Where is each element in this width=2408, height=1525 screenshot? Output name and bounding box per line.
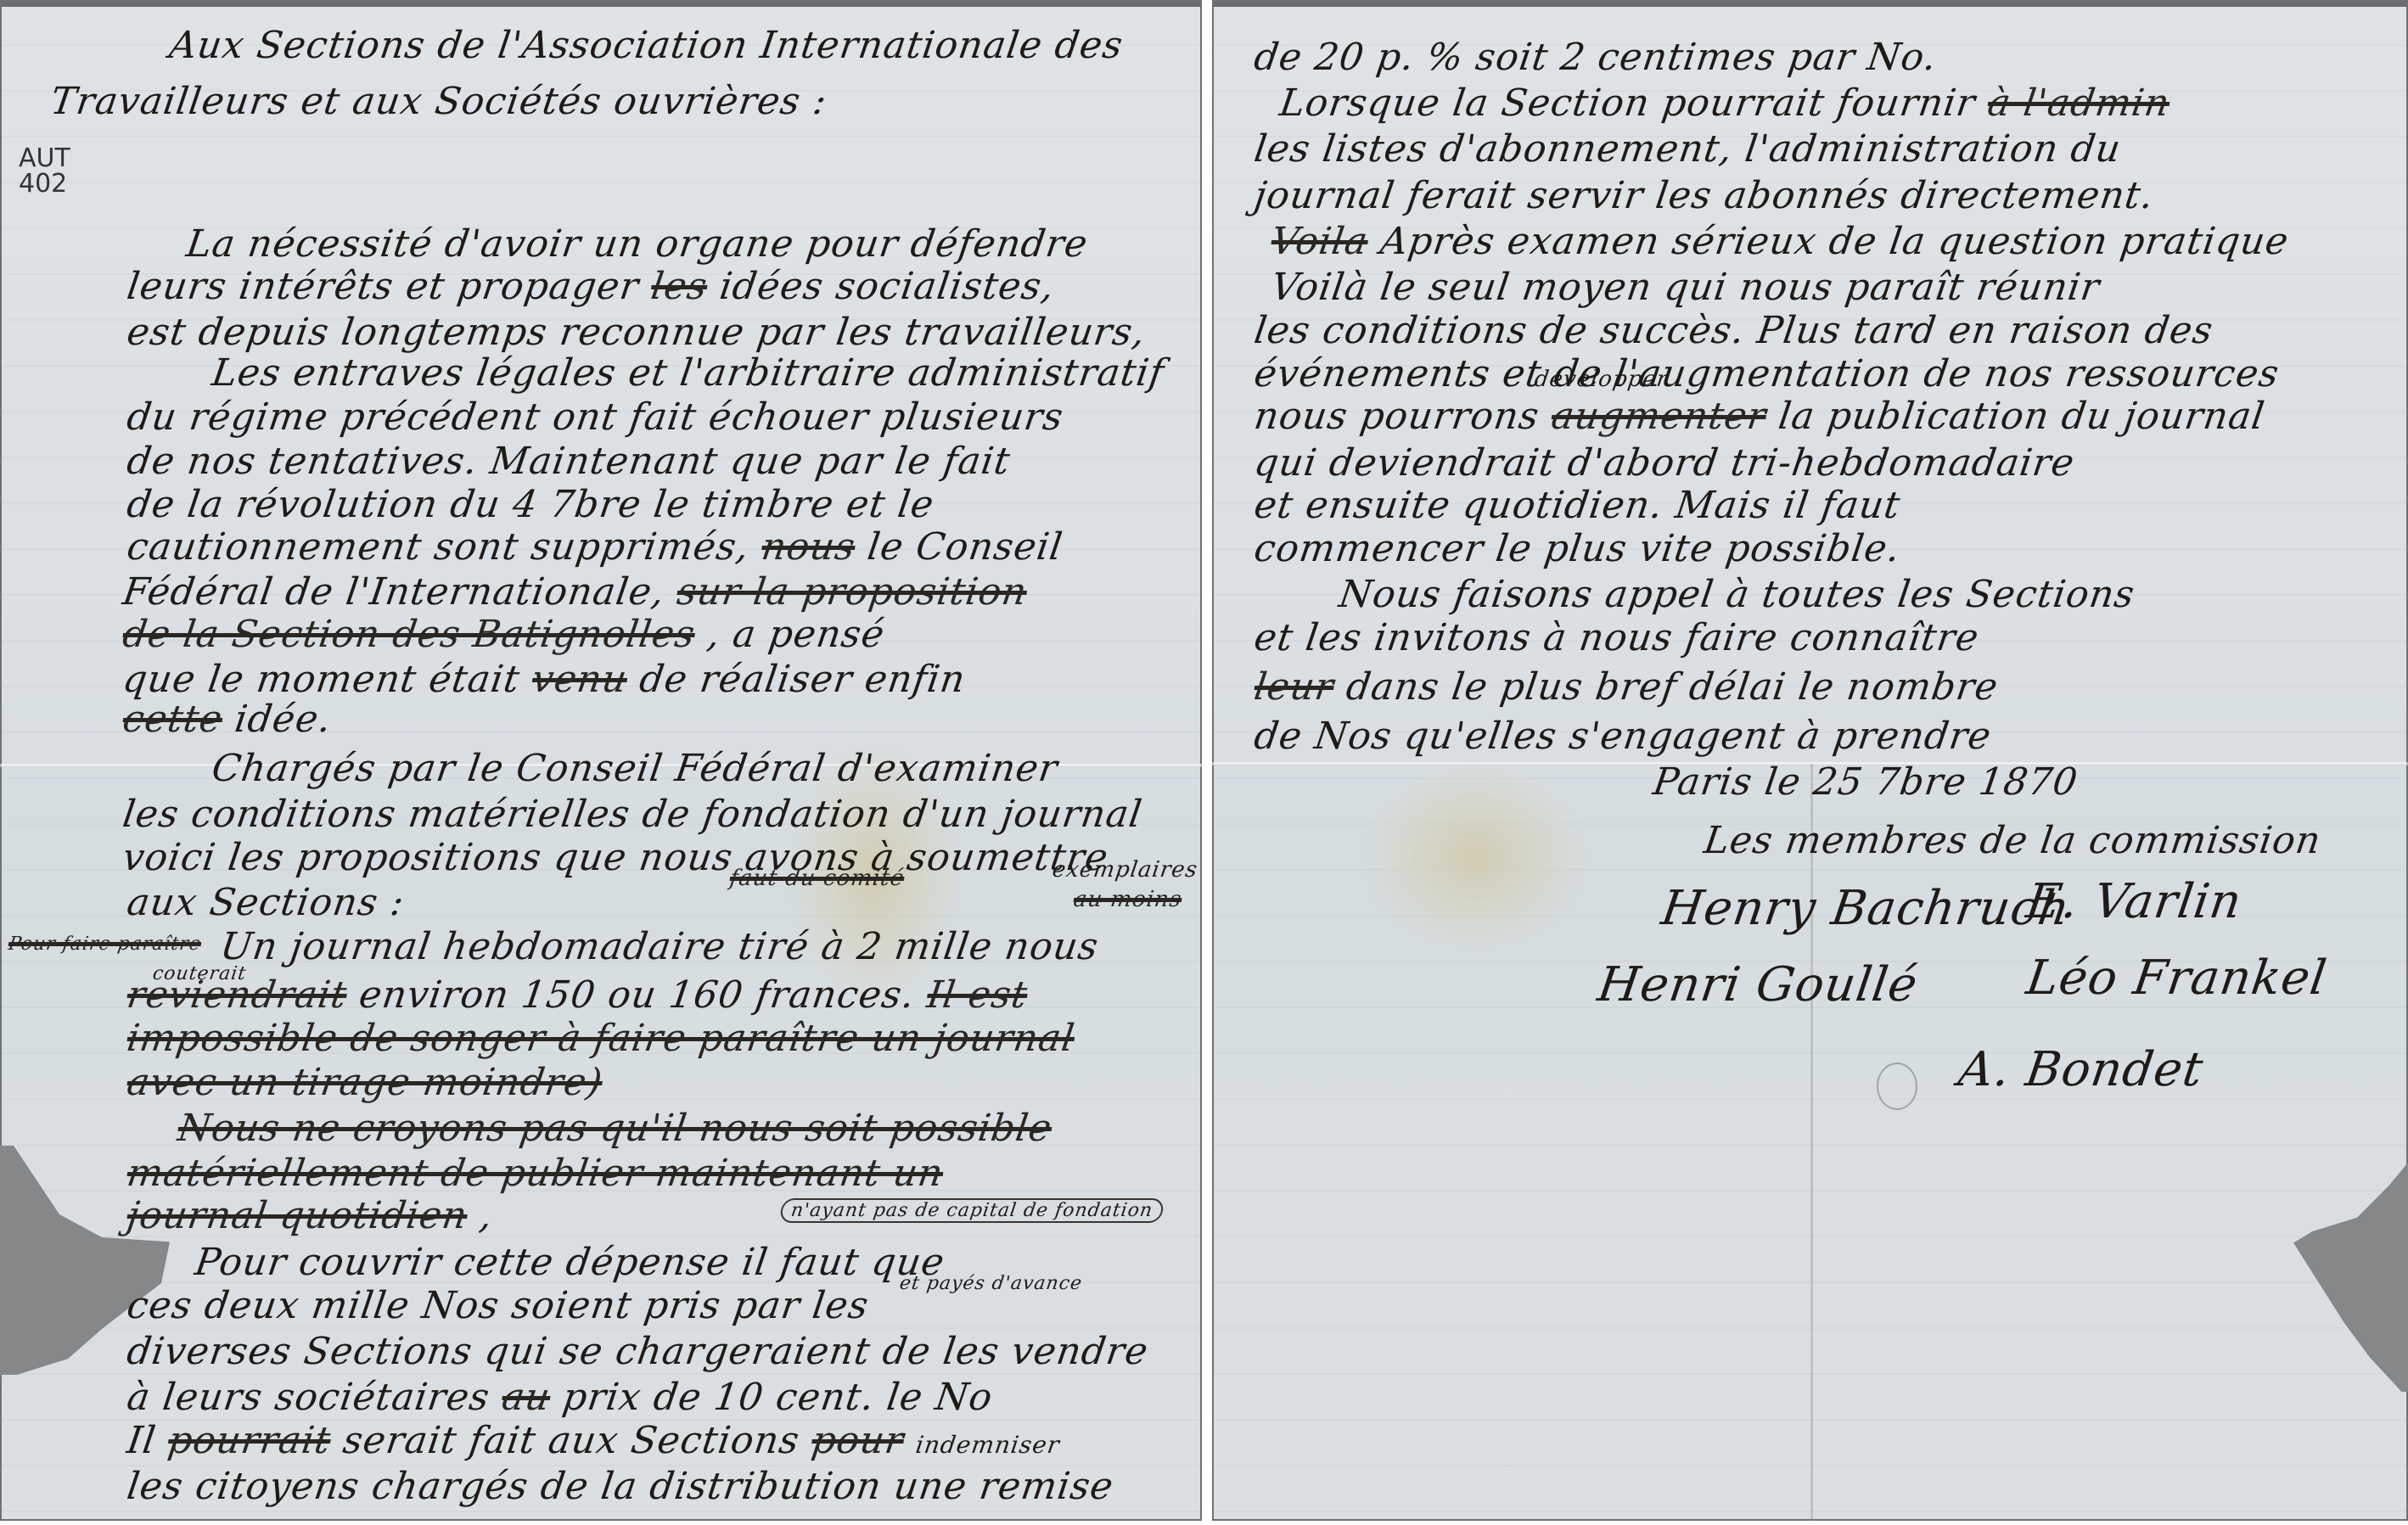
text-line: voici les propositions que nous avons à … bbox=[120, 836, 1111, 879]
text-line: diverses Sections qui se chargeraient de… bbox=[124, 1330, 1151, 1373]
deleted-text: au moins bbox=[1072, 887, 1183, 912]
signature: Léo Frankel bbox=[2023, 950, 2330, 1006]
text: Un journal hebdomadaire tiré à 2 mille bbox=[217, 925, 995, 968]
text: le Conseil bbox=[865, 525, 1066, 569]
text-line: Nous faisons appel à toutes les Sections bbox=[1336, 573, 2137, 616]
text-line: matériellement de publier maintenant un bbox=[124, 1152, 946, 1195]
text-line: nous pourrons augmenter la publication d… bbox=[1251, 395, 2267, 438]
text-line: de 20 p. % soit 2 centimes par No. bbox=[1251, 36, 1939, 79]
text: Fédéral de l'Internationale, bbox=[120, 570, 667, 614]
text-line: journal ferait servir les abonnés direct… bbox=[1251, 174, 2157, 217]
catalog-mark-line: 402 bbox=[19, 171, 70, 197]
deleted-text: Il est bbox=[924, 973, 1030, 1017]
deleted-text: sur la proposition bbox=[674, 570, 1030, 614]
text-line: les citoyens chargés de la distribution … bbox=[124, 1465, 1116, 1508]
deleted-text: leur bbox=[1251, 665, 1337, 709]
text: leurs intérêts et propager bbox=[124, 265, 642, 308]
text-line: événements et de l'augmentation de nos r… bbox=[1251, 352, 2282, 395]
text: Pour couvrir cette dépense bbox=[192, 1241, 733, 1284]
text: , a pensé bbox=[704, 613, 888, 656]
text-line: Voilà le seul moyen qui nous paraît réun… bbox=[1268, 266, 2102, 309]
text-line: Lorsque la Section pourrait fournir à l'… bbox=[1277, 81, 2172, 125]
text: serait fait aux Sections bbox=[340, 1419, 802, 1462]
deleted-text: reviendrait bbox=[124, 973, 350, 1017]
text-line: Un journal hebdomadaire tiré à 2 mille n… bbox=[217, 925, 1101, 968]
interlinear-note: faut du comité bbox=[728, 866, 906, 891]
text: Après examen sérieux de la question prat… bbox=[1378, 220, 2292, 263]
text: cautionnement sont supprimés, bbox=[124, 525, 752, 569]
text-line: Il pourrait serait fait aux Sections pou… bbox=[124, 1419, 1063, 1462]
deleted-text: augmenter bbox=[1549, 395, 1770, 438]
interlinear-note: au moins bbox=[1072, 887, 1183, 912]
text-line: du régime précédent ont fait échouer plu… bbox=[124, 395, 1066, 439]
deleted-text: avec un tirage moindre) bbox=[124, 1061, 605, 1104]
fold-crease bbox=[1810, 764, 1813, 1521]
deleted-text: de la Section des Batignolles bbox=[120, 613, 698, 656]
deleted-text: impossible de songer à faire paraître un… bbox=[124, 1017, 1077, 1060]
text-line: est depuis longtemps reconnue par les tr… bbox=[124, 311, 1148, 354]
signature: A. Bondet bbox=[1955, 1042, 2207, 1097]
text-line: Fédéral de l'Internationale, sur la prop… bbox=[120, 570, 1030, 614]
text: idée. bbox=[233, 698, 334, 741]
text-line: de Nos qu'elles s'engagent à prendre bbox=[1251, 715, 1994, 758]
interlinear-note: exemplaires bbox=[1051, 857, 1199, 883]
text: Lorsque la Section pourrait fournir bbox=[1277, 81, 1978, 125]
text-line: leurs intérêts et propager les idées soc… bbox=[124, 265, 1057, 308]
text-line: avec un tirage moindre) bbox=[124, 1061, 605, 1104]
text-line: aux Sections : bbox=[124, 881, 407, 924]
closing-line: Les membres de la commission bbox=[1701, 819, 2323, 862]
deleted-text: matériellement de publier maintenant un bbox=[124, 1152, 946, 1195]
text: idées socialistes, bbox=[717, 265, 1058, 308]
text: nous bbox=[1002, 925, 1102, 968]
text: nous pourrons bbox=[1251, 395, 1541, 438]
text-line: de la révolution du 4 7bre le timbre et … bbox=[124, 483, 936, 526]
text-line: Nous ne croyons pas qu'il nous soit poss… bbox=[175, 1107, 1054, 1150]
deleted-text: faut du comité bbox=[728, 866, 906, 891]
water-stain bbox=[1365, 764, 1586, 950]
text: prix de 10 cent. le No bbox=[560, 1376, 996, 1419]
inserted-note: n'ayant pas de capital de fondation bbox=[779, 1198, 1165, 1223]
deleted-text: les bbox=[648, 265, 710, 308]
text: environ 150 ou 160 frances. bbox=[356, 973, 918, 1017]
text-line: Chargés par le Conseil Fédéral d'examine… bbox=[209, 747, 1060, 790]
text-line: impossible de songer à faire paraître un… bbox=[124, 1017, 1077, 1060]
text-line: les listes d'abonnement, l'administratio… bbox=[1251, 127, 2124, 171]
letter-heading: Aux Sections de l'Association Internatio… bbox=[166, 24, 1125, 67]
deleted-text: Voila bbox=[1268, 220, 1371, 263]
text-line: Pour couvrir cette dépense il faut que bbox=[192, 1241, 947, 1284]
deleted-text: cette bbox=[120, 698, 225, 741]
manuscript-page-right: de 20 p. % soit 2 centimes par No. Lorsq… bbox=[1212, 0, 2408, 1521]
text-line: cette idée. bbox=[120, 698, 334, 741]
text: de réaliser enfin bbox=[637, 658, 968, 701]
manuscript-page-left: AUT 402 Aux Sections de l'Association In… bbox=[0, 0, 1202, 1521]
text-line: Les entraves légales et l'arbitraire adm… bbox=[209, 351, 1167, 395]
text-line: qui deviendrait d'abord tri-hebdomadaire bbox=[1251, 441, 2077, 485]
text-line: de nos tentatives. Maintenant que par le… bbox=[124, 440, 1013, 483]
text: Il bbox=[124, 1419, 159, 1462]
deleted-text: journal quotidien bbox=[124, 1194, 470, 1237]
text-line: et ensuite quotidien. Mais il faut bbox=[1251, 484, 1903, 527]
text: à leurs sociétaires bbox=[124, 1376, 492, 1419]
text-line: ces deux mille Nos soient pris par les bbox=[124, 1284, 871, 1327]
letter-heading: Travailleurs et aux Sociétés ouvrières : bbox=[48, 80, 829, 123]
text-line: les conditions de succès. Plus tard en r… bbox=[1251, 309, 2215, 352]
deleted-text: à l'admin bbox=[1985, 81, 2173, 125]
date-line: Paris le 25 7bre 1870 bbox=[1650, 760, 2080, 804]
text: indemniser bbox=[914, 1431, 1062, 1459]
text-line: que le moment était venu de réaliser enf… bbox=[120, 658, 968, 701]
library-stamp-icon bbox=[1877, 1062, 1917, 1110]
inserted-note: et payés d'avance bbox=[898, 1273, 1084, 1294]
text-line: commencer le plus vite possible. bbox=[1251, 527, 1903, 570]
margin-note: Pour faire paraître bbox=[7, 934, 202, 955]
deleted-text: venu bbox=[530, 658, 631, 701]
text-line: à leurs sociétaires au prix de 10 cent. … bbox=[124, 1376, 995, 1419]
deleted-text: pour bbox=[809, 1419, 907, 1462]
deleted-text: nous bbox=[759, 525, 858, 569]
text-line: La nécessité d'avoir un organe pour défe… bbox=[183, 222, 1091, 266]
text-line: les conditions matérielles de fondation … bbox=[120, 793, 1145, 836]
text-line: de la Section des Batignolles , a pensé bbox=[120, 613, 887, 656]
text: par les bbox=[731, 1284, 872, 1327]
text-line: reviendrait environ 150 ou 160 frances. … bbox=[124, 973, 1030, 1017]
signature: Henri Goullé bbox=[1594, 957, 1921, 1012]
text: que le moment était bbox=[120, 658, 522, 701]
text-line: et les invitons à nous faire connaître bbox=[1251, 616, 1981, 659]
signature: E. Varlin bbox=[2023, 874, 2245, 929]
catalog-mark-line: AUT bbox=[19, 146, 70, 171]
text-line: Voila Après examen sérieux de la questio… bbox=[1268, 220, 2291, 263]
text: ces deux mille Nos soient pris bbox=[124, 1284, 723, 1327]
catalog-mark: AUT 402 bbox=[19, 146, 70, 197]
signature: Henry Bachruch bbox=[1658, 881, 2074, 936]
text-line: cautionnement sont supprimés, nous le Co… bbox=[124, 525, 1065, 569]
deleted-text: pourrait bbox=[166, 1419, 334, 1462]
text-line: leur dans le plus bref délai le nombre bbox=[1251, 665, 2001, 709]
deleted-text: Pour faire paraître bbox=[7, 934, 202, 955]
deleted-text: Nous ne croyons pas qu'il nous soit poss… bbox=[175, 1107, 1054, 1150]
text: dans le plus bref délai le nombre bbox=[1344, 665, 2001, 709]
interlinear-note: développer bbox=[1533, 367, 1670, 392]
text: la publication du journal bbox=[1776, 395, 2267, 438]
text-line: journal quotidien , bbox=[124, 1194, 496, 1237]
deleted-text: au bbox=[499, 1376, 553, 1419]
